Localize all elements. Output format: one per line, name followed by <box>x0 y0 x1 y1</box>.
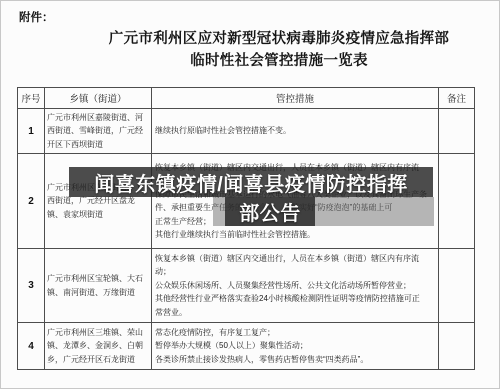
col-header-area: 乡镇（街道） <box>45 88 152 109</box>
row-number: 4 <box>18 323 45 370</box>
measures-cell: 继续执行原临时性社会管控措施不变。 <box>152 109 439 154</box>
note-cell <box>439 154 475 249</box>
control-measures-table: 序号 乡镇（街道） 管控措施 备注 1 广元市利州区嘉陵街道、河西街道、雪峰街道… <box>17 87 475 370</box>
area-cell: 广元市利州区三堆镇、荣山镇、龙潭乡、金洞乡、白朝乡，广元经开区石龙街道 <box>45 323 152 370</box>
watermark-text-line2: 部公告 <box>239 197 301 226</box>
attachment-label: 附件： <box>19 9 54 25</box>
table-row: 4 广元市利州区三堆镇、荣山镇、龙潭乡、金洞乡、白朝乡，广元经开区石龙街道 常态… <box>18 323 475 370</box>
document-page: 附件： 广元市利州区应对新型冠状病毒肺炎疫情应急指挥部 临时性社会管控措施一览表… <box>0 0 500 389</box>
watermark-text-line1: 闻喜东镇疫情/闻喜县疫情防控指挥 <box>94 168 408 197</box>
note-cell <box>439 323 475 370</box>
area-cell: 广元市利州区宝轮镇、大石镇、南河街道、万缘街道 <box>45 249 152 323</box>
measures-cell: 恢复本乡镇（街道）辖区内交通出行，人员在本乡镇（街道）辖区内有序流 动； 公众娱… <box>152 249 439 323</box>
watermark-line2-box: 部公告 <box>225 197 315 226</box>
note-cell <box>439 249 475 323</box>
col-header-note: 备注 <box>439 88 475 109</box>
table-header-row: 序号 乡镇（街道） 管控措施 备注 <box>18 88 475 109</box>
title-line-2: 临时性社会管控措施一览表 <box>61 50 497 72</box>
row-number: 1 <box>18 109 45 154</box>
title-line-1: 广元市利州区应对新型冠状病毒肺炎疫情应急指挥部 <box>61 28 497 50</box>
watermark-banner: 闻喜东镇疫情/闻喜县疫情防控指挥 <box>69 167 433 197</box>
document-title: 广元市利州区应对新型冠状病毒肺炎疫情应急指挥部 临时性社会管控措施一览表 <box>61 28 497 72</box>
measures-cell: 常态化疫情防控，有序复工复产； 暂停举办大规模（50人以上）聚集性活动； 各类诊… <box>152 323 439 370</box>
table-row: 1 广元市利州区嘉陵街道、河西街道、雪峰街道，广元经开区下西坝街道 继续执行原临… <box>18 109 475 154</box>
area-cell: 广元市利州区嘉陵街道、河西街道、雪峰街道，广元经开区下西坝街道 <box>45 109 152 154</box>
row-number: 2 <box>18 154 45 249</box>
col-header-no: 序号 <box>18 88 45 109</box>
row-number: 3 <box>18 249 45 323</box>
col-header-measures: 管控措施 <box>152 88 439 109</box>
table-row: 3 广元市利州区宝轮镇、大石镇、南河街道、万缘街道 恢复本乡镇（街道）辖区内交通… <box>18 249 475 323</box>
note-cell <box>439 109 475 154</box>
